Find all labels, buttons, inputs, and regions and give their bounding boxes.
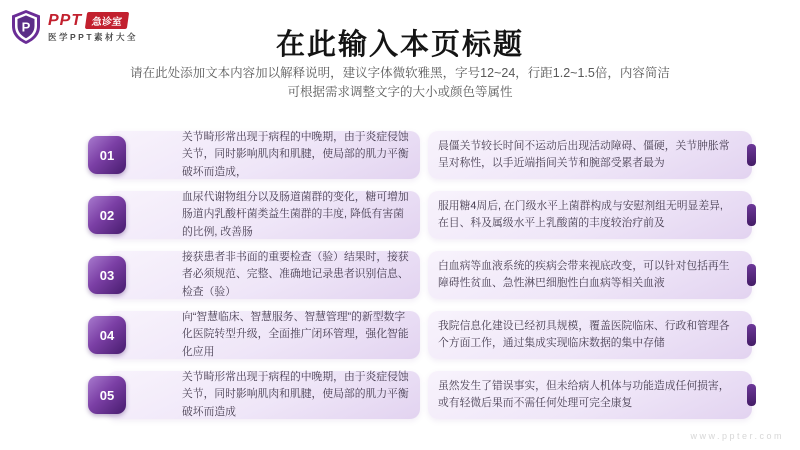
row-number-badge: 02 (88, 196, 126, 234)
row-right-text: 虽然发生了错误事实，但未给病人机体与功能造成任何损害，或有轻微后果而不需任何处理… (438, 378, 736, 413)
row-number-badge: 03 (88, 256, 126, 294)
watermark: www.ppter.com (690, 431, 784, 441)
subtitle-line-2: 可根据需求调整文字的大小或颜色等属性 (60, 83, 740, 102)
row-number: 03 (100, 268, 114, 283)
list-item: 03 接获患者非书面的重要检查（验）结果时，接获者必须规范、完整、准确地记录患者… (88, 251, 752, 299)
subtitle-line-1: 请在此处添加文本内容加以解释说明，建议字体微软雅黑，字号12~24，行距1.2~… (60, 64, 740, 83)
row-left-textbox: 关节畸形常出现于病程的中晚期，由于炎症侵蚀关节，同时影响肌肉和肌腱，使局部的肌力… (107, 131, 420, 179)
row-left-text: 血尿代谢物组分以及肠道菌群的变化，糖可增加肠道内乳酸杆菌类益生菌群的丰度, 降低… (182, 189, 410, 241)
row-right-text: 晨僵关节较长时间不运动后出现活动障碍、僵硬，关节肿胀常 呈对称性，以手近端指间关… (438, 138, 736, 173)
row-right-textbox: 服用糖4周后, 在门级水平上菌群构成与安慰剂组无明显差异, 在目、科及属级水平上… (428, 191, 752, 239)
row-right-text: 我院信息化建设已经初具规模，覆盖医院临床、行政和管理各个方面工作，通过集成实现临… (438, 318, 736, 353)
row-left-textbox: 关节畸形常出现于病程的中晚期，由于炎症侵蚀关节，同时影响肌肉和肌腱，使局部的肌力… (107, 371, 420, 419)
row-number: 01 (100, 148, 114, 163)
row-left-textbox: 接获患者非书面的重要检查（验）结果时，接获者必须规范、完整、准确地记录患者识别信… (107, 251, 420, 299)
list-item: 01 关节畸形常出现于病程的中晚期，由于炎症侵蚀关节，同时影响肌肉和肌腱，使局部… (88, 131, 752, 179)
row-number-badge: 04 (88, 316, 126, 354)
row-right-textbox: 虽然发生了错误事实，但未给病人机体与功能造成任何损害，或有轻微后果而不需任何处理… (428, 371, 752, 419)
accent-pill (747, 264, 756, 286)
row-number: 04 (100, 328, 114, 343)
page-title: 在此输入本页标题 (0, 22, 800, 63)
row-number: 05 (100, 388, 114, 403)
rows-list: 01 关节畸形常出现于病程的中晚期，由于炎症侵蚀关节，同时影响肌肉和肌腱，使局部… (88, 131, 752, 419)
list-item: 05 关节畸形常出现于病程的中晚期，由于炎症侵蚀关节，同时影响肌肉和肌腱，使局部… (88, 371, 752, 419)
accent-pill (747, 144, 756, 166)
row-number: 02 (100, 208, 114, 223)
list-item: 04 向“智慧临床、智慧服务、智慧管理”的新型数字化医院转型升级，全面推广闭环管… (88, 311, 752, 359)
row-number-badge: 05 (88, 376, 126, 414)
accent-pill (747, 324, 756, 346)
row-left-textbox: 血尿代谢物组分以及肠道菌群的变化，糖可增加肠道内乳酸杆菌类益生菌群的丰度, 降低… (107, 191, 420, 239)
row-number-badge: 01 (88, 136, 126, 174)
row-left-text: 向“智慧临床、智慧服务、智慧管理”的新型数字化医院转型升级，全面推广闭环管理，强… (182, 309, 410, 361)
row-right-textbox: 晨僵关节较长时间不运动后出现活动障碍、僵硬，关节肿胀常 呈对称性，以手近端指间关… (428, 131, 752, 179)
page-subtitle: 请在此处添加文本内容加以解释说明，建议字体微软雅黑，字号12~24，行距1.2~… (60, 64, 740, 103)
row-right-text: 服用糖4周后, 在门级水平上菌群构成与安慰剂组无明显差异, 在目、科及属级水平上… (438, 198, 736, 233)
row-right-textbox: 我院信息化建设已经初具规模，覆盖医院临床、行政和管理各个方面工作，通过集成实现临… (428, 311, 752, 359)
row-right-textbox: 白血病等血液系统的疾病会带来视底改变，可以针对包括再生障碍性贫血、急性淋巴细胞性… (428, 251, 752, 299)
row-left-text: 关节畸形常出现于病程的中晚期，由于炎症侵蚀关节，同时影响肌肉和肌腱，使局部的肌力… (182, 369, 410, 421)
accent-pill (747, 384, 756, 406)
row-left-text: 接获患者非书面的重要检查（验）结果时，接获者必须规范、完整、准确地记录患者识别信… (182, 249, 410, 301)
row-left-textbox: 向“智慧临床、智慧服务、智慧管理”的新型数字化医院转型升级，全面推广闭环管理，强… (107, 311, 420, 359)
list-item: 02 血尿代谢物组分以及肠道菌群的变化，糖可增加肠道内乳酸杆菌类益生菌群的丰度,… (88, 191, 752, 239)
row-right-text: 白血病等血液系统的疾病会带来视底改变，可以针对包括再生障碍性贫血、急性淋巴细胞性… (438, 258, 736, 293)
accent-pill (747, 204, 756, 226)
row-left-text: 关节畸形常出现于病程的中晚期，由于炎症侵蚀关节，同时影响肌肉和肌腱，使局部的肌力… (182, 129, 410, 181)
